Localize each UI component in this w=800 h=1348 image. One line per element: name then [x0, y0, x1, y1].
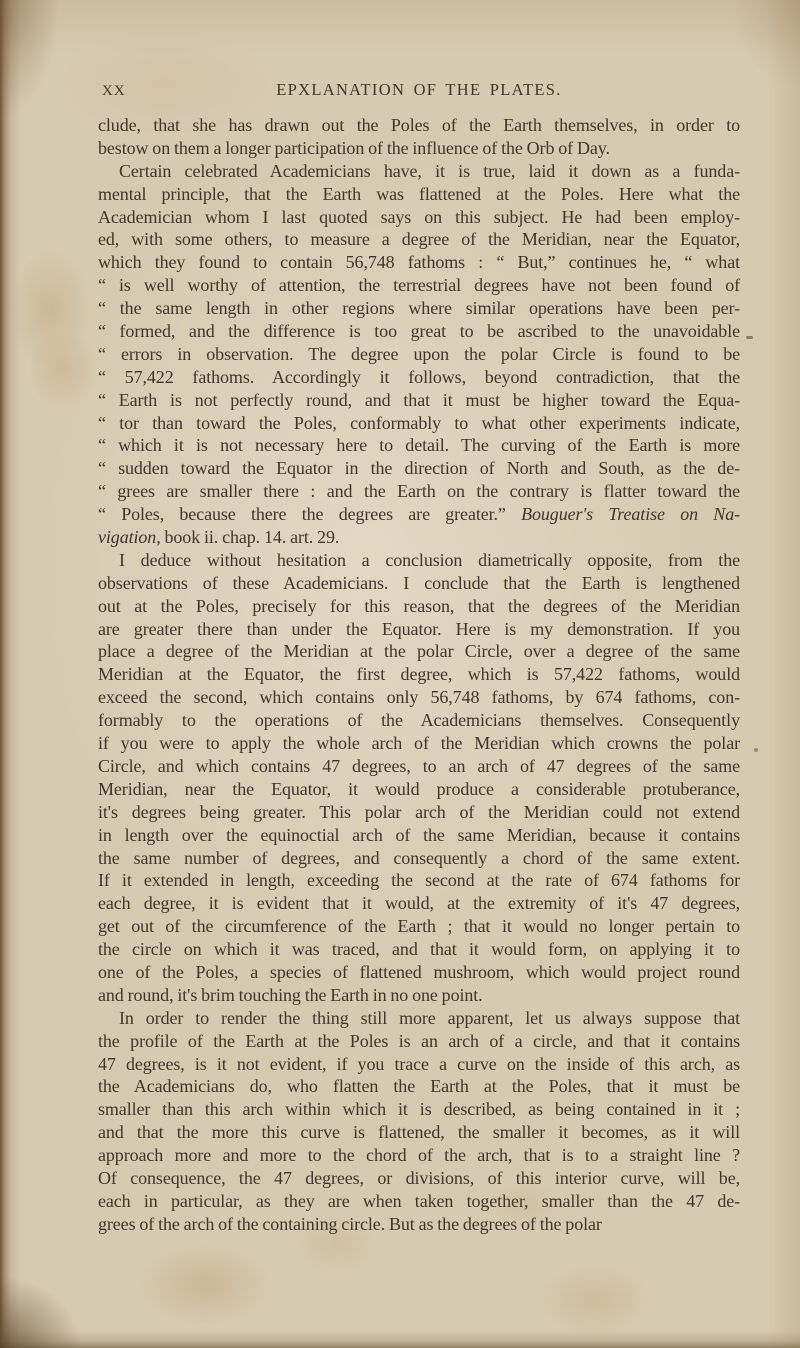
text-run: mental principle, that the Earth was fla… [98, 184, 740, 204]
text-line: “ which it is not necessary here to deta… [98, 434, 740, 457]
text-run: observations of these Academicians. I co… [98, 573, 740, 593]
text-run: “ grees are smaller there : and the Eart… [98, 481, 740, 501]
text-run: Of consequence, the 47 degrees, or divis… [98, 1168, 740, 1188]
text-line: “ is well worthy of attention, the terre… [98, 274, 740, 297]
book-page-scan: XX EPXLANATION OF THE PLATES. clude, tha… [0, 0, 800, 1348]
text-line: Academician whom I last quoted says on t… [98, 206, 740, 229]
text-run: and round, it's brim touching the Earth … [98, 985, 483, 1005]
text-run: Certain celebrated Academicians have, it… [119, 161, 740, 181]
text-line: it's degrees being greater. This polar a… [98, 801, 740, 824]
text-line: approach more and more to the chord of t… [98, 1144, 740, 1167]
text-line: Meridian at the Equator, the first degre… [98, 663, 740, 686]
text-run: “ which it is not necessary here to deta… [98, 435, 740, 455]
text-line: “ tor than toward the Poles, conformably… [98, 412, 740, 435]
text-line: grees of the arch of the containing circ… [98, 1213, 740, 1236]
text-line: vigation, book ii. chap. 14. art. 29. [98, 526, 740, 549]
text-line: smaller than this arch within which it i… [98, 1098, 740, 1121]
text-run: place a degree of the Meridian at the po… [98, 641, 740, 661]
text-line: 47 degrees, is it not evident, if you tr… [98, 1053, 740, 1076]
text-line: one of the Poles, a species of flattened… [98, 961, 740, 984]
text-run: formably to the operations of the Academ… [98, 710, 740, 730]
page-corner-shadow [730, 0, 800, 90]
text-line: exceed the second, which contains only 5… [98, 686, 740, 709]
text-run: If it extended in length, exceeding the … [98, 870, 740, 890]
text-run: In order to render the thing still more … [119, 1008, 740, 1028]
text-run: approach more and more to the chord of t… [98, 1145, 740, 1165]
text-run: if you were to apply the whole arch of t… [98, 733, 740, 753]
text-line: “ Poles, because there the degrees are g… [98, 503, 740, 526]
text-line: ed, with some others, to measure a degre… [98, 228, 740, 251]
text-run: it's degrees being greater. This polar a… [98, 802, 740, 822]
text-line: the profile of the Earth at the Poles is… [98, 1030, 740, 1053]
foxing-stain [10, 250, 90, 370]
text-run: out at the Poles, precisely for this rea… [98, 596, 740, 616]
text-run: the circle on which it was traced, and t… [98, 939, 740, 959]
text-line: the Academicians do, who flatten the Ear… [98, 1075, 740, 1098]
text-run: “ Earth is not perfectly round, and that… [98, 390, 740, 410]
foxing-stain [28, 330, 98, 410]
text-line: I deduce without hesitation a conclusion… [98, 549, 740, 572]
text-run: Circle, and which contains 47 degrees, t… [98, 756, 740, 776]
text-line: “ Earth is not perfectly round, and that… [98, 389, 740, 412]
text-line: the circle on which it was traced, and t… [98, 938, 740, 961]
body-text: clude, that she has drawn out the Poles … [98, 114, 740, 1236]
text-line: “ grees are smaller there : and the Eart… [98, 480, 740, 503]
text-run: the same number of degrees, and conseque… [98, 848, 740, 868]
text-run: each degree, it is evident that it would… [98, 893, 740, 913]
text-run: grees of the arch of the containing circ… [98, 1214, 602, 1234]
text-run: “ tor than toward the Poles, conformably… [98, 413, 740, 433]
text-run: exceed the second, which contains only 5… [98, 687, 740, 707]
text-run: ed, with some others, to measure a degre… [98, 229, 740, 249]
text-line: each degree, it is evident that it would… [98, 892, 740, 915]
text-line: each in particular, as they are when tak… [98, 1190, 740, 1213]
text-run: “ errors in observation. The degree upon… [98, 344, 740, 364]
text-run: are greater there than under the Equator… [98, 619, 740, 639]
italic-text-run: vigation, [98, 527, 161, 547]
running-title: EPXLANATION OF THE PLATES. [98, 80, 740, 100]
text-run: Meridian at the Equator, the first degre… [98, 664, 740, 684]
text-run: the profile of the Earth at the Poles is… [98, 1031, 740, 1051]
page-corner-shadow [0, 1278, 80, 1348]
italic-text-run: Bouguer's Treatise on Na- [521, 504, 740, 524]
text-run: “ formed, and the difference is too grea… [98, 321, 740, 341]
text-line: are greater there than under the Equator… [98, 618, 740, 641]
text-run: get out of the circumference of the Eart… [98, 916, 740, 936]
text-run: and that the more this curve is flattene… [98, 1122, 740, 1142]
text-run: each in particular, as they are when tak… [98, 1191, 740, 1211]
text-run: Meridian, near the Equator, it would pro… [98, 779, 740, 799]
text-line: and round, it's brim touching the Earth … [98, 984, 740, 1007]
text-run: “ is well worthy of attention, the terre… [98, 275, 740, 295]
text-run: one of the Poles, a species of flattened… [98, 962, 740, 982]
text-line: Of consequence, the 47 degrees, or divis… [98, 1167, 740, 1190]
text-run: which they found to contain 56,748 fatho… [98, 252, 740, 272]
text-line: Circle, and which contains 47 degrees, t… [98, 755, 740, 778]
text-run: Academician whom I last quoted says on t… [98, 207, 740, 227]
text-line: and that the more this curve is flattene… [98, 1121, 740, 1144]
ink-speck [746, 336, 753, 339]
text-run: book ii. chap. 14. art. 29. [161, 527, 340, 547]
text-line: “ 57,422 fathoms. Accordingly it follows… [98, 366, 740, 389]
text-run: bestow on them a longer participation of… [98, 138, 610, 158]
text-line: out at the Poles, precisely for this rea… [98, 595, 740, 618]
foxing-stain [140, 1245, 270, 1325]
text-line: formably to the operations of the Academ… [98, 709, 740, 732]
text-line: mental principle, that the Earth was fla… [98, 183, 740, 206]
text-line: Meridian, near the Equator, it would pro… [98, 778, 740, 801]
text-run: “ Poles, because there the degrees are g… [98, 504, 521, 524]
text-line: get out of the circumference of the Eart… [98, 915, 740, 938]
text-line: observations of these Academicians. I co… [98, 572, 740, 595]
text-line: if you were to apply the whole arch of t… [98, 732, 740, 755]
text-run: smaller than this arch within which it i… [98, 1099, 740, 1119]
text-run: “ the same length in other regions where… [98, 298, 740, 318]
text-line: the same number of degrees, and conseque… [98, 847, 740, 870]
text-line: “ errors in observation. The degree upon… [98, 343, 740, 366]
page-corner-shadow [0, 0, 60, 120]
text-line: bestow on them a longer participation of… [98, 137, 740, 160]
foxing-stain [540, 1265, 650, 1335]
page-bottom-edge-shadow [0, 1330, 800, 1348]
text-run: I deduce without hesitation a conclusion… [119, 550, 740, 570]
text-run: in length over the equinoctial arch of t… [98, 825, 740, 845]
text-line: “ the same length in other regions where… [98, 297, 740, 320]
text-run: the Academicians do, who flatten the Ear… [98, 1076, 740, 1096]
text-line: clude, that she has drawn out the Poles … [98, 114, 740, 137]
text-line: place a degree of the Meridian at the po… [98, 640, 740, 663]
text-line: in length over the equinoctial arch of t… [98, 824, 740, 847]
text-line: If it extended in length, exceeding the … [98, 869, 740, 892]
page-header: XX EPXLANATION OF THE PLATES. [98, 80, 740, 102]
text-line: Certain celebrated Academicians have, it… [98, 160, 740, 183]
text-run: clude, that she has drawn out the Poles … [98, 115, 740, 135]
text-run: “ 57,422 fathoms. Accordingly it follows… [98, 367, 740, 387]
text-line: “ formed, and the difference is too grea… [98, 320, 740, 343]
ink-speck [754, 748, 758, 752]
page-left-edge-shadow [0, 0, 20, 1348]
text-line: which they found to contain 56,748 fatho… [98, 251, 740, 274]
text-line: In order to render the thing still more … [98, 1007, 740, 1030]
text-line: “ sudden toward the Equator in the direc… [98, 457, 740, 480]
text-run: 47 degrees, is it not evident, if you tr… [98, 1054, 740, 1074]
text-run: “ sudden toward the Equator in the direc… [98, 458, 740, 478]
